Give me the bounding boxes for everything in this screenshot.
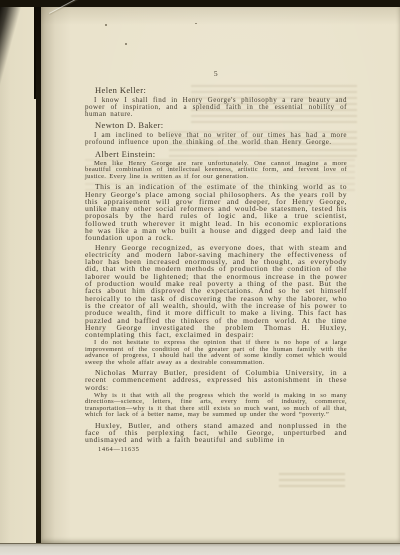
paper-crease [49, 0, 95, 14]
body-paragraph-butler-intro: Nicholas Murray Butler, president of Col… [85, 369, 347, 391]
page-number: 5 [85, 69, 347, 78]
body-paragraph-estimate: This is an indication of the estimate of… [85, 183, 347, 241]
print-code: 1464—11635 [85, 446, 347, 453]
quote-butler: Why is it that with all the progress whi… [85, 393, 347, 419]
document-page: 5 Helen Keller: I know I shall find in H… [41, 7, 400, 544]
body-paragraph-closing: Huxley, Butler, and others stand amazed … [85, 422, 347, 444]
speaker-heading-newton-baker: Newton D. Baker: [85, 120, 347, 130]
quote-huxley: I do not hesitate to express the opinion… [85, 340, 347, 366]
paper-speck [125, 43, 127, 45]
previous-page-edge [0, 7, 36, 545]
speaker-heading-helen-keller: Helen Keller: [85, 85, 347, 95]
paper-speck [195, 23, 197, 24]
paper-speck [105, 24, 107, 26]
ink-bleedthrough [279, 473, 345, 487]
scan-bottom-edge [0, 544, 400, 555]
text-column: 5 Helen Keller: I know I shall find in H… [85, 69, 347, 453]
speaker-heading-einstein: Albert Einstein: [85, 149, 347, 159]
quote-helen-keller: I know I shall find in Henry George's ph… [85, 97, 347, 117]
body-paragraph-recognized: Henry George recognized, as everyone doe… [85, 244, 347, 339]
quote-newton-baker: I am inclined to believe that no writer … [85, 132, 347, 146]
quote-einstein: Men like Henry George are rare unfortuna… [85, 161, 347, 180]
